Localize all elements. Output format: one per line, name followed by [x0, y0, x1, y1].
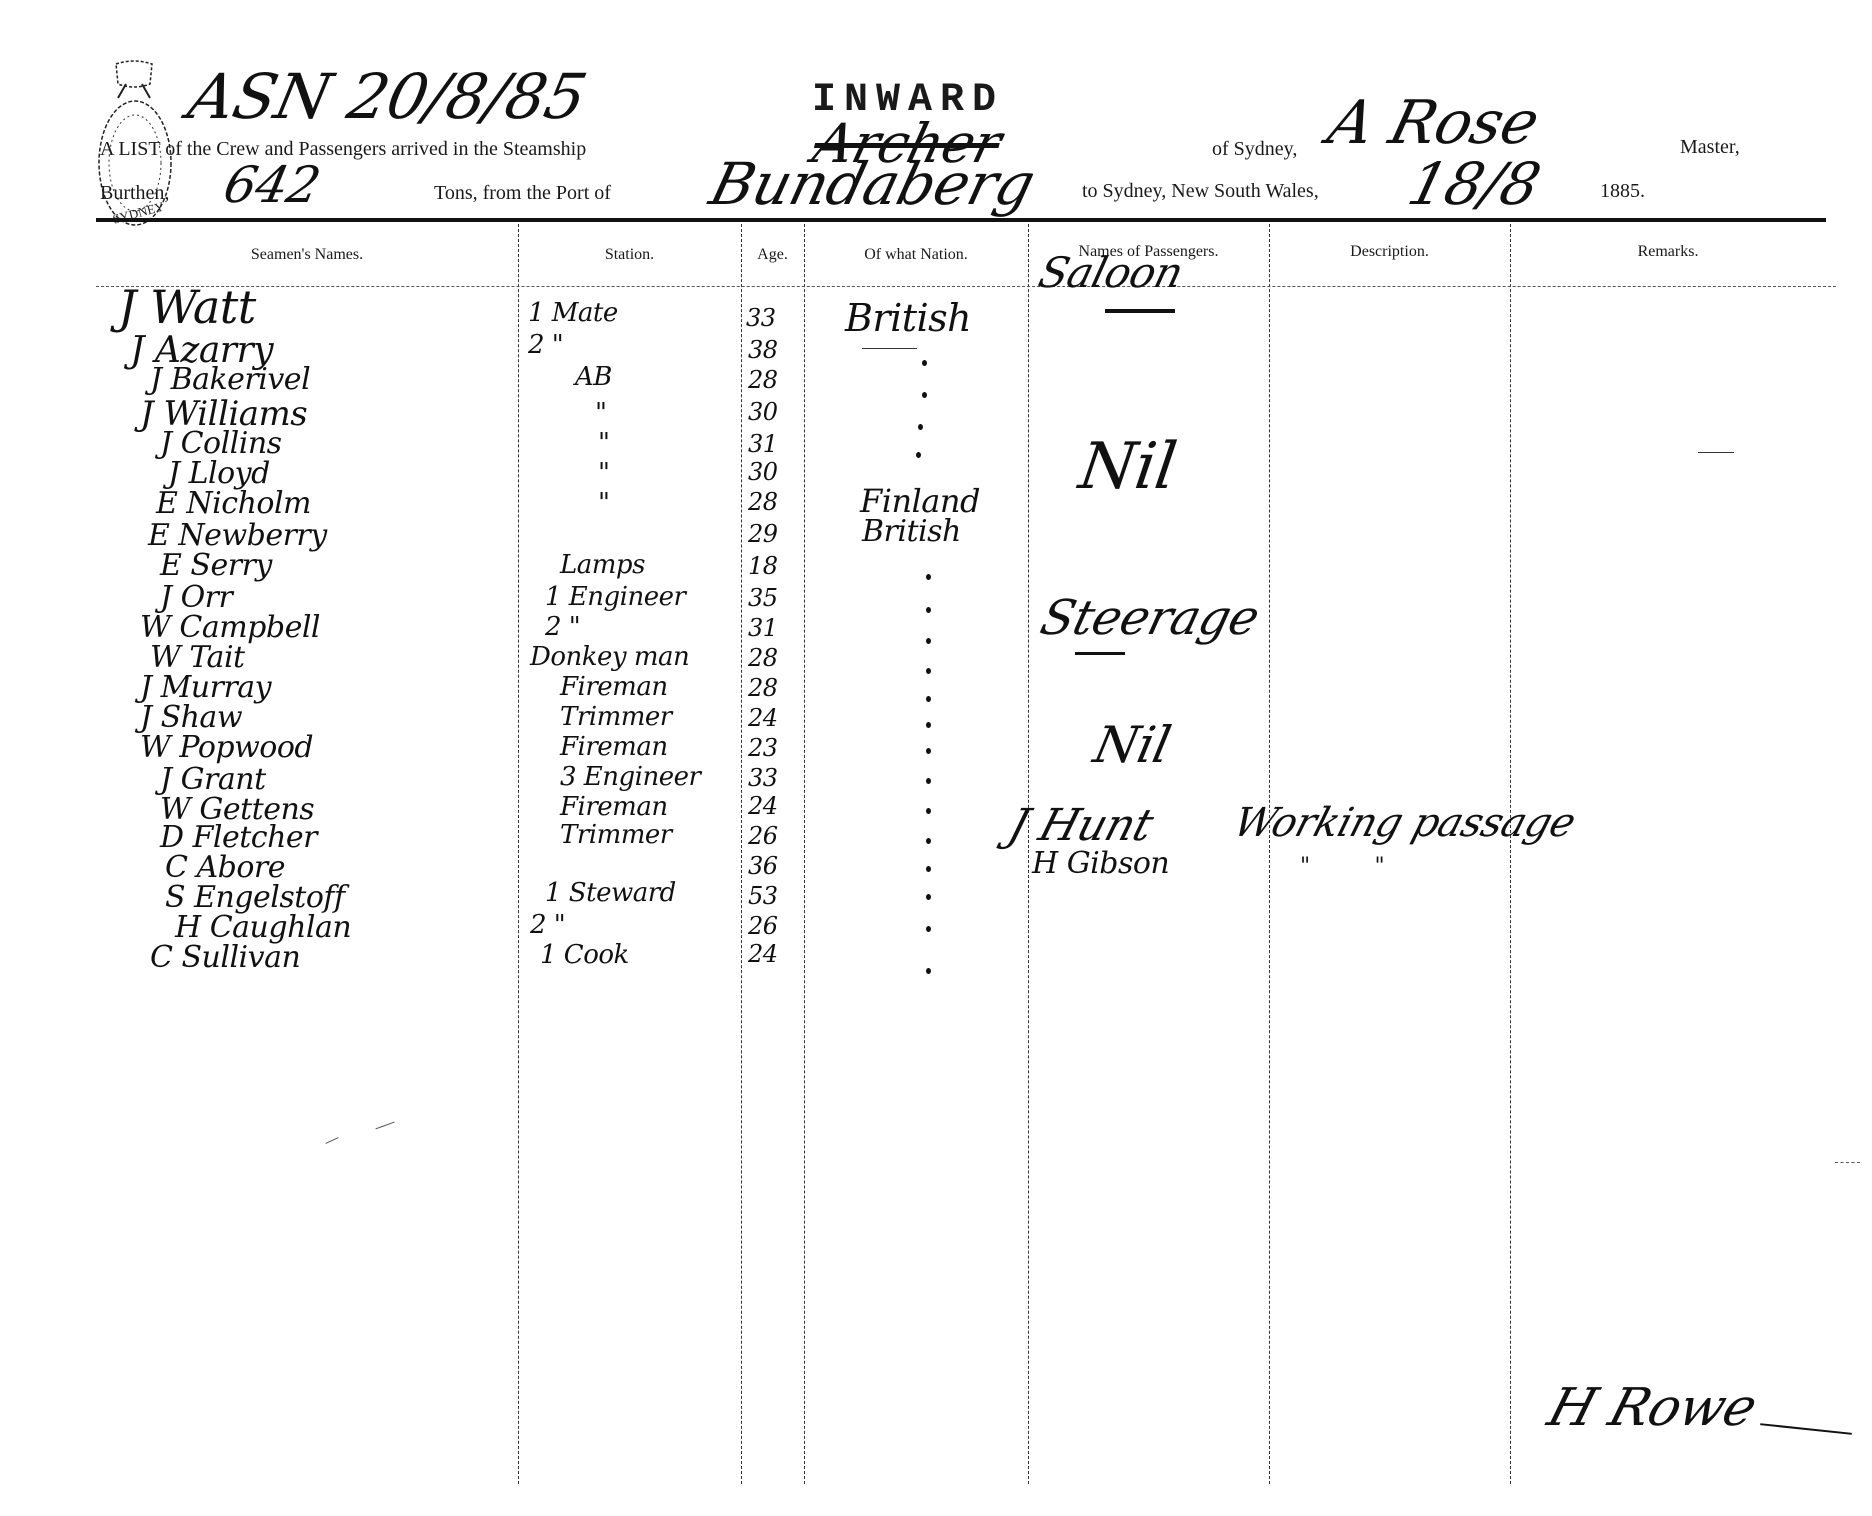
- col-header-station: Station.: [518, 246, 741, 264]
- crew-age: 18: [748, 552, 778, 580]
- ditto-mark: [926, 866, 931, 872]
- ditto-mark: [926, 696, 931, 702]
- crew-age: 33: [748, 764, 778, 792]
- crew-name: J Bakerivel: [150, 362, 310, 397]
- destination-label: to Sydney, New South Wales,: [1082, 180, 1319, 203]
- passenger-name: J Hunt: [1003, 800, 1159, 851]
- crew-age: 29: [748, 520, 778, 548]
- crew-station: Trimmer: [560, 702, 672, 732]
- column-divider: [518, 224, 519, 1484]
- saloon-dash: [1105, 309, 1175, 313]
- passenger-description: " ": [1300, 854, 1384, 879]
- top-annotation: ASN 20/8/85: [182, 60, 592, 133]
- stray-mark: [325, 1137, 338, 1144]
- crew-age: 31: [748, 614, 778, 642]
- ditto-mark: [926, 778, 931, 784]
- crew-age: 24: [748, 940, 778, 968]
- crew-age: 28: [748, 488, 778, 516]
- col-header-nation: Of what Nation.: [804, 246, 1028, 264]
- crew-nation: British: [845, 296, 971, 340]
- col-header-age: Age.: [741, 246, 804, 264]
- crew-name: E Nicholm: [156, 486, 311, 521]
- crew-name: W Popwood: [140, 730, 313, 765]
- crew-age: 30: [748, 398, 778, 426]
- ditto-mark: [918, 424, 923, 430]
- crew-station: ": [598, 458, 609, 488]
- ditto-mark: [926, 722, 931, 728]
- column-divider: [1510, 224, 1511, 1484]
- remarks-dash: [1698, 452, 1734, 453]
- ditto-mark: [926, 808, 931, 814]
- signature-flourish: [1760, 1423, 1852, 1435]
- crew-age: 35: [748, 584, 778, 612]
- crew-station: 1 Cook: [540, 940, 629, 970]
- ditto-mark: [922, 392, 927, 398]
- crew-age: 26: [748, 912, 778, 940]
- crew-name: C Sullivan: [150, 940, 300, 975]
- col-header-description: Description.: [1269, 243, 1510, 261]
- crew-age: 24: [748, 792, 778, 820]
- crew-age: 28: [748, 674, 778, 702]
- steerage-nil: Nil: [1089, 716, 1176, 774]
- crew-age: 28: [748, 644, 778, 672]
- ditto-mark: [926, 638, 931, 644]
- crew-station: Fireman: [560, 672, 668, 702]
- crew-age: 33: [746, 304, 776, 332]
- crew-station: ": [595, 398, 606, 428]
- crew-station: ": [598, 428, 609, 458]
- stray-mark: [375, 1122, 394, 1130]
- ditto-mark: [926, 894, 931, 900]
- crew-station: 1 Engineer: [545, 582, 685, 612]
- ditto-mark: [926, 838, 931, 844]
- steerage-section-label: Steerage: [1035, 590, 1265, 646]
- crew-station: Fireman: [560, 732, 668, 762]
- col-header-seamen-names: Seamen's Names.: [96, 246, 518, 264]
- crew-age: 53: [748, 882, 778, 910]
- tons-from-port-label: Tons, from the Port of: [434, 182, 611, 205]
- header-underline: [96, 286, 1836, 287]
- ditto-mark: [926, 926, 931, 932]
- column-divider: [804, 224, 805, 1484]
- crew-station: ": [598, 488, 609, 518]
- crew-station: 2 ": [530, 910, 565, 940]
- crew-station: Lamps: [560, 550, 645, 580]
- col-header-remarks: Remarks.: [1510, 243, 1826, 261]
- ditto-mark: [926, 668, 931, 674]
- crew-station: Trimmer: [560, 820, 672, 850]
- burthen-label: Burthen,: [100, 182, 169, 205]
- signature: H Rowe: [1541, 1378, 1763, 1438]
- column-divider: [1269, 224, 1270, 1484]
- ditto-mark: [922, 360, 927, 366]
- ditto-mark: [926, 748, 931, 754]
- ditto-mark: [926, 607, 931, 613]
- of-sydney-label: of Sydney,: [1212, 138, 1297, 161]
- crew-age: 30: [748, 458, 778, 486]
- crew-age: 23: [748, 734, 778, 762]
- header-rule: [96, 218, 1826, 222]
- arrival-date: 18/8: [1402, 150, 1547, 218]
- crew-station: 2 ": [528, 330, 563, 360]
- column-divider: [1028, 224, 1029, 1484]
- crew-station: AB: [575, 362, 612, 392]
- tonnage-value: 642: [219, 156, 325, 214]
- passenger-name: H Gibson: [1032, 846, 1169, 881]
- crew-station: 1 Mate: [528, 298, 618, 328]
- crew-station: 1 Steward: [545, 878, 676, 908]
- crew-age: 26: [748, 822, 778, 850]
- column-divider: [741, 224, 742, 1484]
- ditto-dash: [862, 348, 917, 349]
- stray-mark: [1835, 1162, 1860, 1163]
- ditto-mark: [926, 574, 931, 580]
- crew-age: 28: [748, 366, 778, 394]
- crew-age: 36: [748, 852, 778, 880]
- header-list-prefix: A LIST of the Crew and Passengers arrive…: [100, 138, 586, 161]
- crew-name: E Serry: [160, 548, 272, 583]
- steerage-underline: [1075, 652, 1125, 655]
- port-of-origin: Bundaberg: [704, 150, 1042, 218]
- crew-station: Fireman: [560, 792, 668, 822]
- crew-station: 3 Engineer: [560, 762, 700, 792]
- ditto-mark: [916, 452, 921, 458]
- saloon-section-label: Saloon: [1034, 248, 1188, 297]
- crew-station: Donkey man: [530, 642, 689, 672]
- crew-station: 2 ": [545, 612, 580, 642]
- crew-age: 24: [748, 704, 778, 732]
- crew-age: 31: [748, 430, 778, 458]
- saloon-nil: Nil: [1075, 430, 1181, 504]
- ditto-mark: [926, 968, 931, 974]
- crew-name: J Watt: [118, 280, 256, 334]
- master-label: Master,: [1680, 136, 1740, 159]
- crew-age: 38: [748, 336, 778, 364]
- master-name: A Rose: [1321, 88, 1545, 158]
- passenger-description: Working passage: [1228, 800, 1580, 846]
- crew-nation: British: [862, 514, 961, 549]
- arrival-year: 1885.: [1600, 180, 1645, 203]
